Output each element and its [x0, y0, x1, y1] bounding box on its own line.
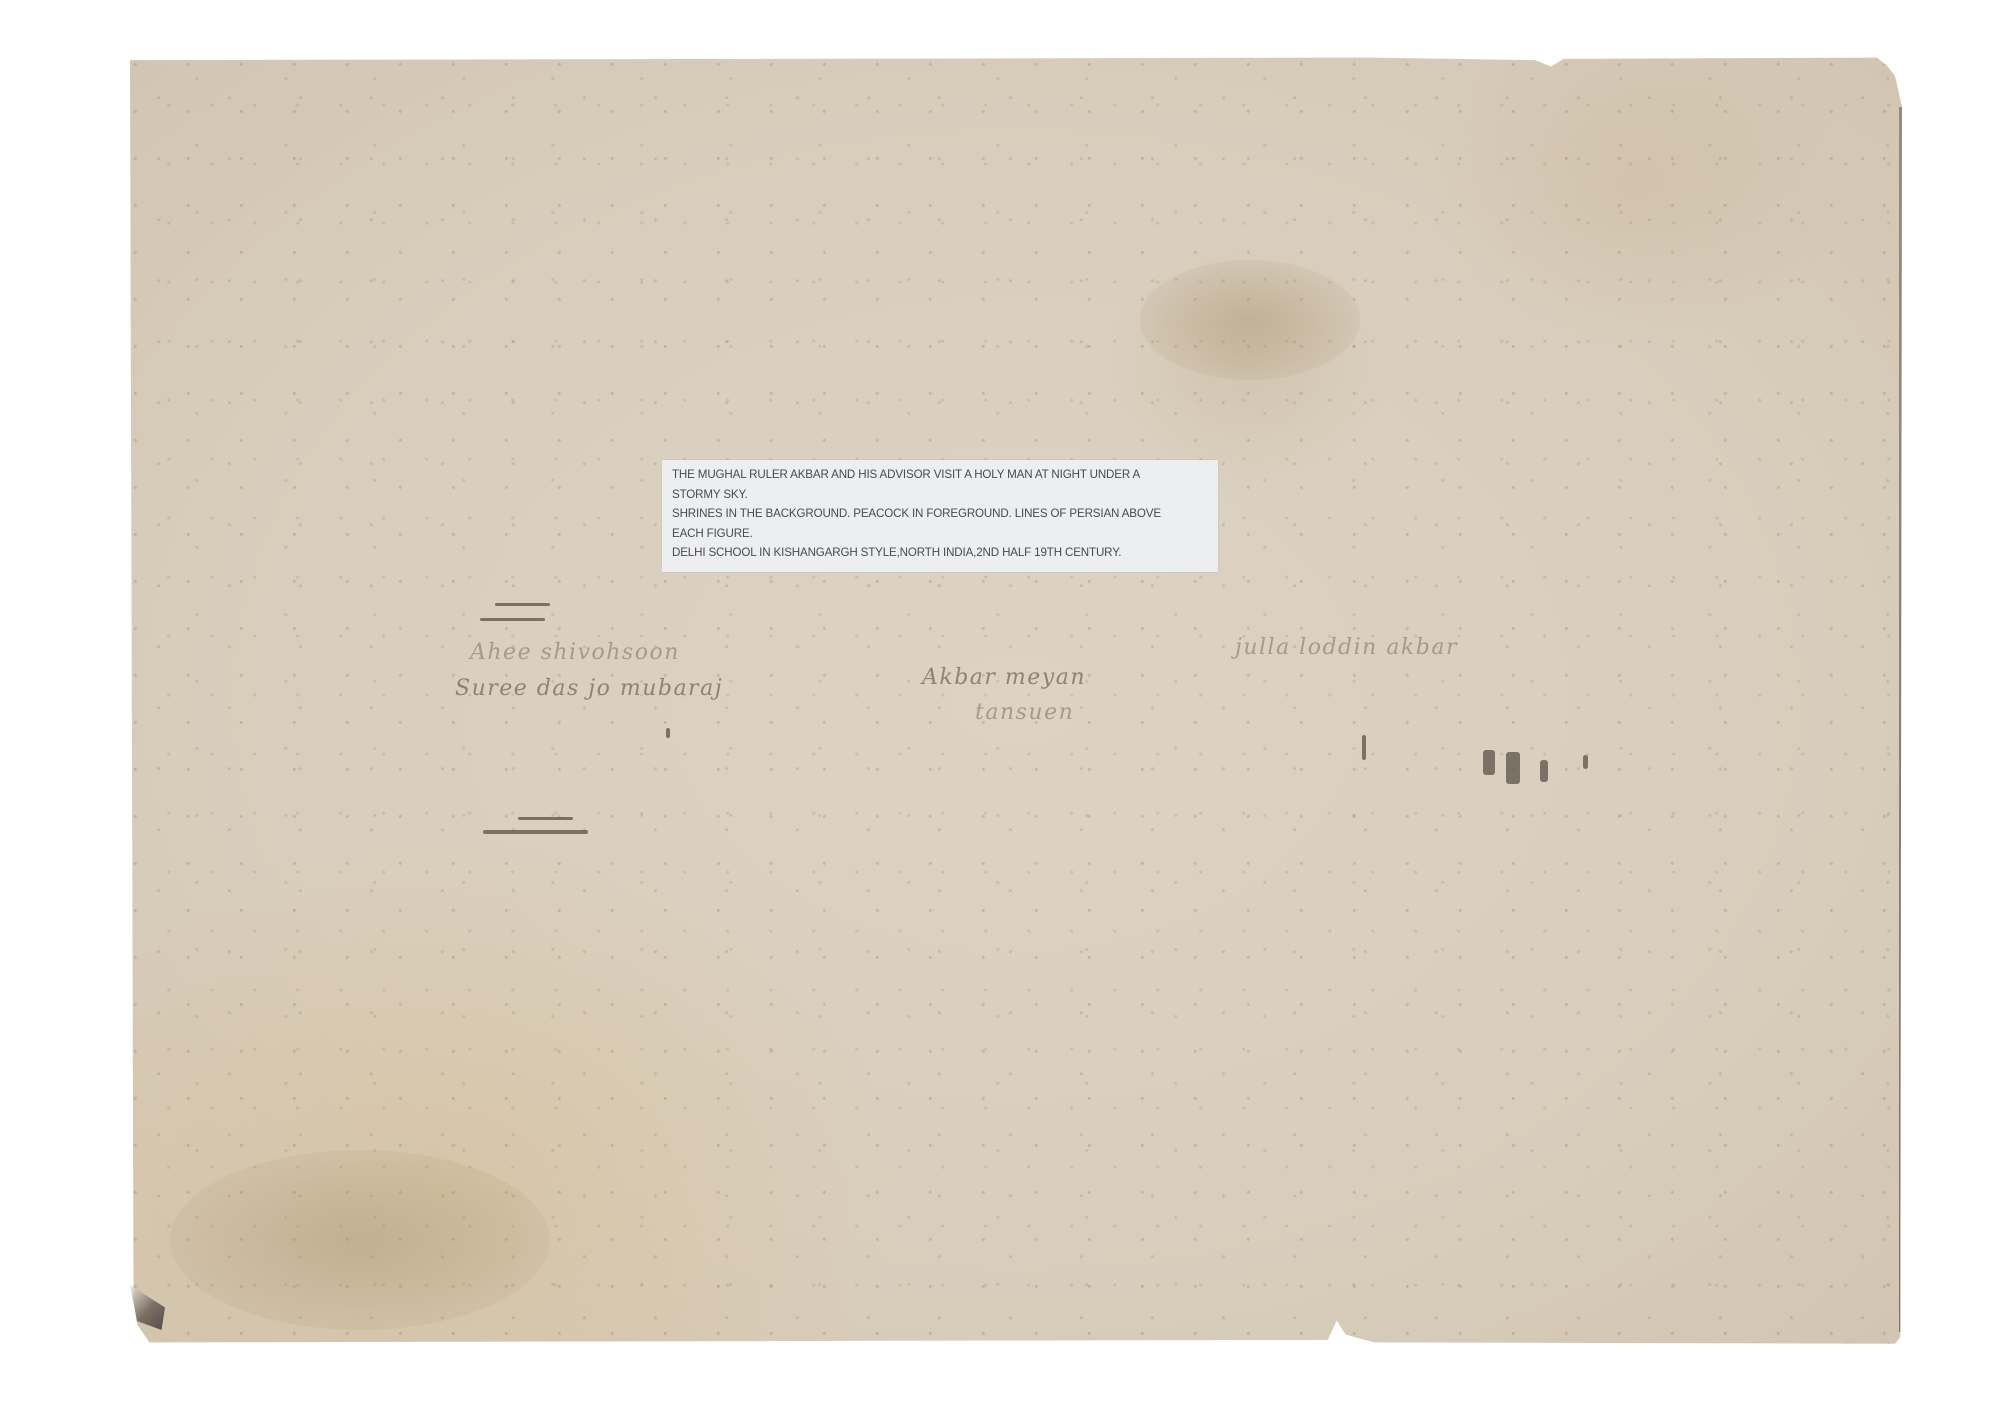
stain	[170, 1150, 550, 1330]
ink-mark	[1583, 755, 1588, 769]
label-line: STORMY SKY.	[672, 485, 1208, 505]
ink-mark	[495, 603, 550, 606]
label-line: THE MUGHAL RULER AKBAR AND HIS ADVISOR V…	[672, 465, 1208, 485]
label-line: EACH FIGURE.	[672, 524, 1208, 544]
inscription-left-line2: Suree das jo mubaraj	[455, 676, 723, 701]
inscription-center-line2: tansuen	[975, 700, 1074, 725]
ink-mark	[1362, 735, 1366, 760]
label-line: DELHI SCHOOL IN KISHANGARGH STYLE,NORTH …	[672, 543, 1208, 563]
label-line: SHRINES IN THE BACKGROUND. PEACOCK IN FO…	[672, 504, 1208, 524]
inscription-right-line1: julla loddin akbar	[1235, 635, 1458, 660]
ink-mark	[1483, 750, 1495, 775]
ink-mark	[518, 817, 573, 820]
catalog-label: THE MUGHAL RULER AKBAR AND HIS ADVISOR V…	[662, 460, 1218, 572]
ink-mark	[1540, 760, 1548, 782]
ink-mark	[480, 618, 545, 621]
inscription-left-line1: Ahee shivohsoon	[470, 640, 680, 665]
inscription-center-line1: Akbar meyan	[922, 665, 1086, 690]
ink-mark	[483, 830, 588, 834]
ink-mark	[666, 728, 670, 738]
ink-mark	[1506, 752, 1520, 784]
stain	[1140, 260, 1360, 380]
mount-edge	[1899, 107, 1902, 1333]
